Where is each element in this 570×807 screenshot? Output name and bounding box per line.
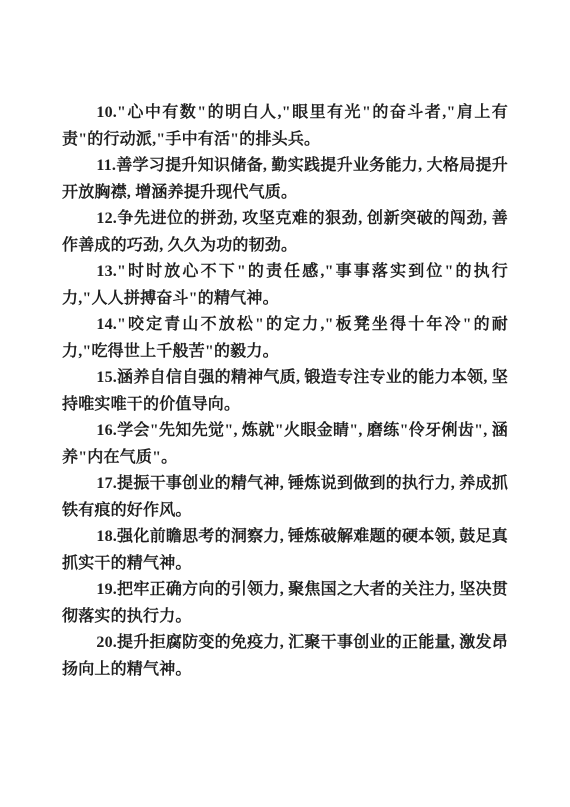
document-paragraph: 12.争先进位的拼劲, 攻坚克难的狠劲, 创新突破的闯劲, 善作善成的巧劲, 久… xyxy=(62,206,508,259)
document-paragraph: 13."时时放心不下"的责任感,"事事落实到位"的执行力,"人人拼搏奋斗"的精气… xyxy=(62,259,508,312)
document-paragraph: 10."心中有数"的明白人,"眼里有光"的奋斗者,"肩上有责"的行动派,"手中有… xyxy=(62,100,508,153)
document-paragraph: 15.涵养自信自强的精神气质, 锻造专注专业的能力本领, 坚持唯实唯干的价值导向… xyxy=(62,365,508,418)
document-paragraph: 18.强化前瞻思考的洞察力, 锤炼破解难题的硬本领, 鼓足真抓实干的精气神。 xyxy=(62,524,508,577)
document-page: 10."心中有数"的明白人,"眼里有光"的奋斗者,"肩上有责"的行动派,"手中有… xyxy=(0,0,570,807)
document-content: 10."心中有数"的明白人,"眼里有光"的奋斗者,"肩上有责"的行动派,"手中有… xyxy=(62,100,508,683)
document-paragraph: 14."咬定青山不放松"的定力,"板凳坐得十年冷"的耐力,"吃得世上千般苦"的毅… xyxy=(62,312,508,365)
document-paragraph: 16.学会"先知先觉", 炼就"火眼金睛", 磨练"伶牙俐齿", 涵养"内在气质… xyxy=(62,418,508,471)
document-paragraph: 20.提升拒腐防变的免疫力, 汇聚干事创业的正能量, 激发昂扬向上的精气神。 xyxy=(62,630,508,683)
document-paragraph: 17.提振干事创业的精气神, 锤炼说到做到的执行力, 养成抓铁有痕的好作风。 xyxy=(62,471,508,524)
document-paragraph: 11.善学习提升知识储备, 勤实践提升业务能力, 大格局提升开放胸襟, 增涵养提… xyxy=(62,153,508,206)
document-paragraph: 19.把牢正确方向的引领力, 聚焦国之大者的关注力, 坚决贯彻落实的执行力。 xyxy=(62,577,508,630)
